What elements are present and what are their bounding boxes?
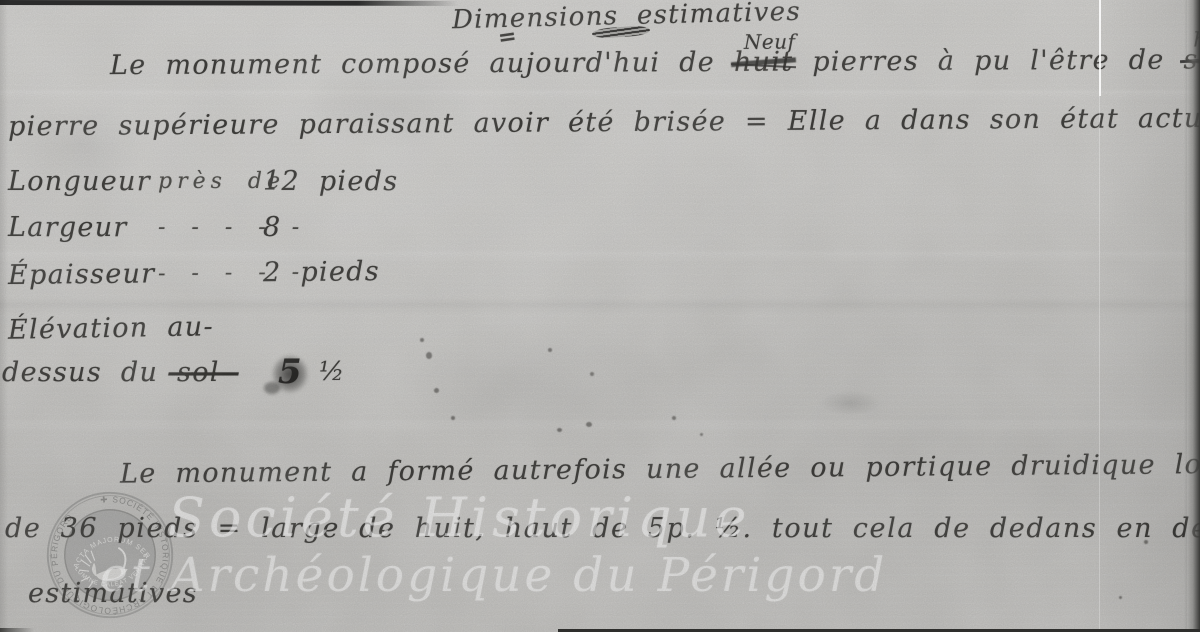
ink-speck (557, 428, 562, 432)
scanned-manuscript-page: ✚ SOCIÉTÉ HISTORIQUE ET ARCHÉOLOGIQUE DU… (0, 0, 1200, 632)
scan-edge-bottom-left (0, 628, 34, 632)
paper-crease-line (1099, 96, 1100, 632)
ink-speck (451, 416, 455, 420)
ink-speck (426, 352, 432, 359)
measurement-leader: près de (158, 169, 263, 194)
elevation-value-fraction: ½ (319, 357, 346, 387)
line1-struck-huit: huit (734, 47, 794, 78)
manuscript-line-2: pierre supérieure paraissant avoir été b… (8, 103, 1200, 143)
measurement-leader: - - - - - (158, 215, 263, 240)
measurement-row-epaisseur: Épaisseur - - - - - 2 pieds (8, 256, 380, 291)
manuscript-line-1: Le monument composé aujourd'hui de Neufh… (110, 44, 1200, 81)
manuscript-paragraph-line-2: de 36 pieds = large de huit, haut de 5p.… (5, 513, 1200, 544)
measurement-value: 8 (263, 212, 281, 243)
manuscript-paragraph-line-1: Le monument a formé autrefois une allée … (120, 447, 1200, 489)
measurement-leader: - - - - - (158, 260, 263, 286)
elevation-label-line2: dessus du sol (2, 357, 167, 388)
ink-speck (548, 348, 552, 352)
measurement-label: Largeur (8, 212, 158, 243)
measurement-row-longueur: Longueur près de 12 pieds (8, 166, 398, 197)
line1-text-a: Le monument composé aujourd'hui de (110, 47, 715, 81)
manuscript-paragraph-line-3: estimatives (28, 578, 198, 609)
title-equals-mark: = (496, 23, 519, 51)
ink-speck (586, 422, 592, 427)
measurement-label: Longueur (8, 166, 158, 197)
measurement-value: 2 pieds (263, 256, 380, 288)
line1-text-b: pierres à pu l'être de (812, 45, 1164, 78)
scan-edge-top (0, 0, 458, 6)
elevation-row: dessus du sol ——— 5 ½ (2, 352, 345, 392)
ink-speck (420, 338, 424, 342)
ink-speck (700, 433, 703, 436)
measurement-row-largeur: Largeur - - - - - 8 (8, 212, 281, 243)
watermark-text-line-2: et Archéologique du Périgord (100, 548, 887, 603)
ink-speck (434, 388, 439, 393)
line1-struck-sept: sept. (1183, 44, 1200, 75)
ink-speck (1119, 596, 1122, 599)
elevation-value-blotted: 5 (278, 352, 303, 392)
ink-speck (590, 372, 594, 376)
measurement-value: 12 pieds (263, 166, 398, 197)
elevation-dash: ——— (167, 357, 272, 388)
line1-correction-group-2: huitsept. (1183, 44, 1200, 75)
line1-correction-group-1: Neufhuit (734, 47, 794, 78)
paper-stain (380, 320, 680, 450)
paper-smudge (820, 390, 880, 416)
measurement-label: Épaisseur (8, 258, 158, 291)
elevation-label-line1: Élévation au- (8, 311, 214, 346)
ink-speck (672, 416, 676, 420)
